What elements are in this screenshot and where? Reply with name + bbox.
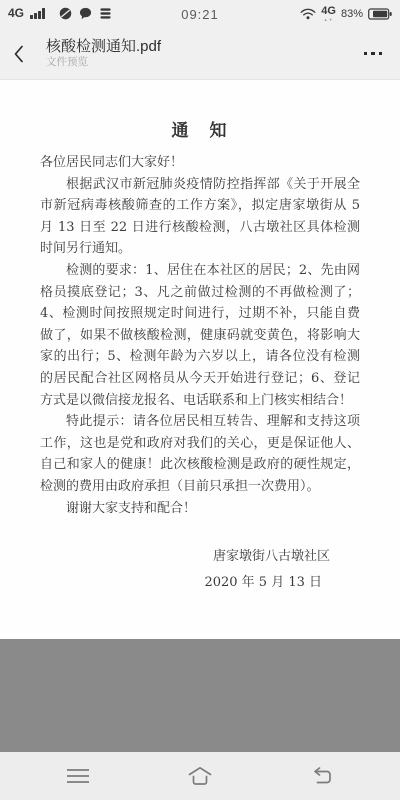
status-left-group: 4G	[8, 7, 112, 21]
message-icon	[79, 7, 92, 20]
notice-paragraph: 特此提示：请各位居民相互转告、理解和支持这项工作，这也是党和政府对我们的关心，更…	[40, 411, 360, 497]
notice-body: 各位居民同志们大家好！ 根据武汉市新冠肺炎疫情防控指挥部《关于开展全市新冠病毒核…	[40, 152, 360, 519]
browser-icon	[59, 7, 72, 20]
notice-paragraph: 检测的要求：1、居住在本社区的居民；2、先由网格员摸底登记；3、凡之前做过检测的…	[40, 260, 360, 411]
header-title-block: 核酸检测通知.pdf 文件预览	[46, 38, 161, 69]
coins-icon	[99, 7, 112, 20]
notice-signature: 唐家墩街八古墩社区	[40, 546, 360, 568]
status-bar: 4G 09:21 4G ▲▼ 83%	[0, 0, 400, 28]
return-icon	[310, 767, 334, 785]
battery-icon	[368, 8, 392, 20]
phone-screen: 4G 09:21 4G ▲▼ 83%	[0, 0, 400, 800]
notification-icons	[59, 7, 112, 21]
ellipsis-dot	[364, 52, 368, 56]
mobile-data-indicator: 4G ▲▼	[321, 6, 336, 22]
menu-icon	[66, 768, 90, 784]
more-options-button[interactable]	[360, 44, 387, 64]
recents-button[interactable]	[58, 760, 98, 792]
pdf-page[interactable]: 通 知 各位居民同志们大家好！ 根据武汉市新冠肺炎疫情防控指挥部《关于开展全市新…	[0, 80, 400, 639]
battery-percent-label: 83%	[341, 8, 363, 20]
home-button[interactable]	[179, 758, 221, 794]
file-title: 核酸检测通知.pdf	[46, 38, 161, 56]
data-arrows-icon: ▲▼	[324, 18, 334, 22]
app-header: 核酸检测通知.pdf 文件预览	[0, 28, 400, 80]
ellipsis-dot	[371, 52, 375, 56]
file-subtitle: 文件预览	[46, 56, 161, 69]
signal-bars-icon	[30, 10, 45, 21]
back-button[interactable]	[14, 38, 40, 70]
back-chevron-icon	[14, 45, 24, 63]
system-nav-bar	[0, 752, 400, 800]
notice-date: 2020 年 5 月 13 日	[40, 572, 360, 594]
notice-paragraph: 谢谢大家支持和配合！	[40, 498, 360, 520]
wifi-icon	[300, 8, 316, 20]
home-icon	[187, 766, 213, 786]
status-right-group: 4G ▲▼ 83%	[300, 6, 392, 22]
viewer-backdrop	[0, 639, 400, 752]
notice-greeting: 各位居民同志们大家好！	[40, 152, 360, 174]
notice-paragraph: 根据武汉市新冠肺炎疫情防控指挥部《关于开展全市新冠病毒核酸筛查的工作方案》，拟定…	[40, 174, 360, 260]
nav-back-button[interactable]	[302, 759, 342, 793]
notice-title: 通 知	[40, 116, 360, 141]
network-type-label: 4G	[8, 7, 24, 21]
ellipsis-dot	[379, 52, 383, 56]
